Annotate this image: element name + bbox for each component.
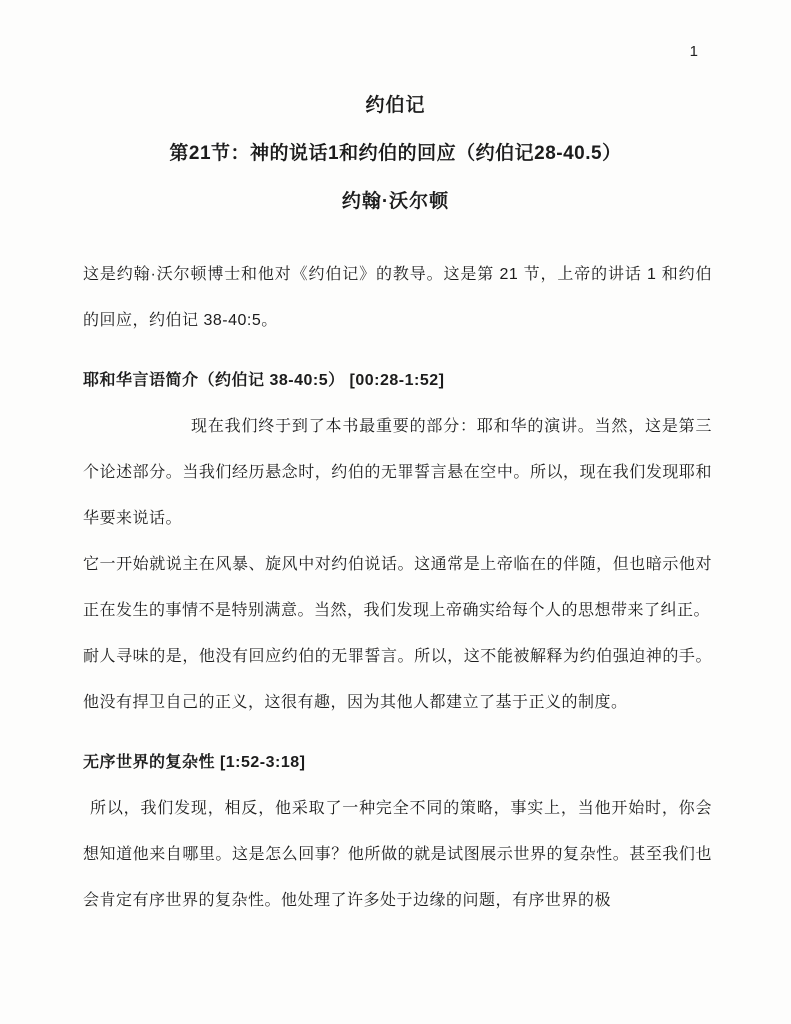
document-body: 这是约翰·沃尔顿博士和他对《约伯记》的教导。这是第 21 节，上帝的讲话 1 和… (0, 214, 791, 924)
document-subtitle: 第21节：神的说话1和约伯的回应（约伯记28-40.5） (0, 142, 791, 166)
section-1-heading: 耶和华言语简介（约伯记 38-40:5） [00:28-1:52] (83, 358, 712, 404)
document-title: 约伯记 (0, 94, 791, 118)
section-1-paragraph-2: 它一开始就说主在风暴、旋风中对约伯说话。这通常是上帝临在的伴随，但也暗示他对正在… (83, 542, 712, 634)
document-page: 1 约伯记 第21节：神的说话1和约伯的回应（约伯记28-40.5） 约翰·沃尔… (0, 0, 791, 1024)
document-header: 约伯记 第21节：神的说话1和约伯的回应（约伯记28-40.5） 约翰·沃尔顿 (0, 0, 791, 214)
section-2-paragraph-1: 所以，我们发现，相反，他采取了一种完全不同的策略，事实上，当他开始时，你会想知道… (83, 786, 712, 924)
intro-paragraph: 这是约翰·沃尔顿博士和他对《约伯记》的教导。这是第 21 节，上帝的讲话 1 和… (83, 252, 712, 344)
document-author: 约翰·沃尔顿 (0, 190, 791, 214)
section-1-paragraph-3: 耐人寻味的是，他没有回应约伯的无罪誓言。所以，这不能被解释为约伯强迫神的手。他没… (83, 634, 712, 726)
section-2-heading: 无序世界的复杂性 [1:52-3:18] (83, 740, 712, 786)
page-number: 1 (690, 42, 698, 62)
section-1-paragraph-1: 现在我们终于到了本书最重要的部分：耶和华的演讲。当然，这是第三个论述部分。当我们… (83, 404, 712, 542)
